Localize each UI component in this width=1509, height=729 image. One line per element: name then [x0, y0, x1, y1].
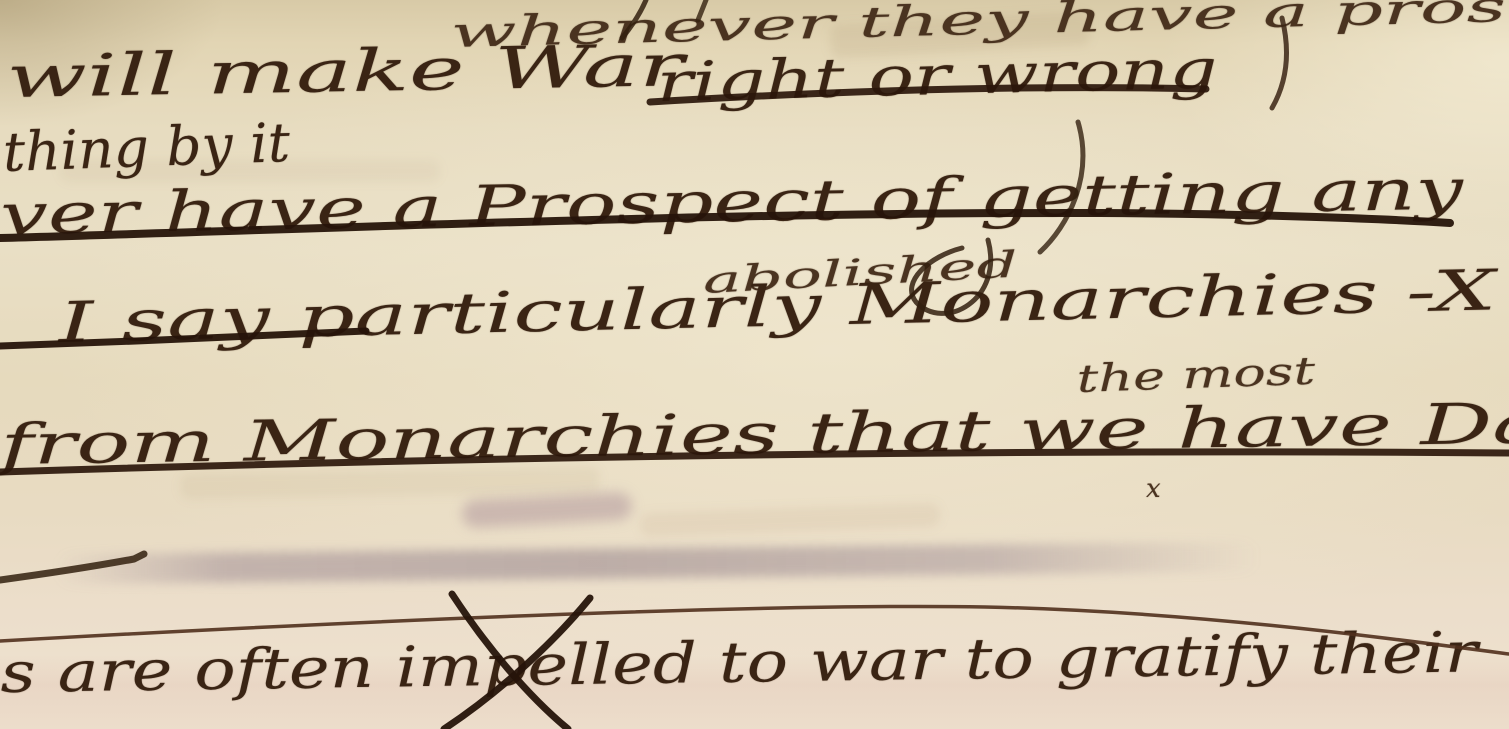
left-margin-dash — [0, 554, 144, 580]
manuscript-line-impelled-to-war: s are often impelled to war to gratify t… — [0, 625, 1478, 702]
bleedthrough-mark — [640, 503, 941, 537]
ink-smear — [461, 492, 632, 529]
manuscript-line-will-make-war: will make War — [6, 36, 684, 106]
manuscript-line-i-say-monarchies: I say particularly Monarchies -X — [58, 263, 1496, 352]
manuscript-line-thing-by-it: thing by it — [2, 116, 291, 180]
interlinear-insertion-the-most: the most — [1076, 352, 1316, 398]
erased-line-smudge — [55, 542, 1260, 585]
manuscript-page: whenever they have a prospe will make Wa… — [0, 0, 1509, 729]
insertion-caret: x — [1146, 476, 1161, 502]
struck-text-right-or-wrong: right or wrong — [656, 42, 1218, 110]
struck-text-from-monarchies: from Monarchies that we have Dang — [0, 395, 1509, 474]
